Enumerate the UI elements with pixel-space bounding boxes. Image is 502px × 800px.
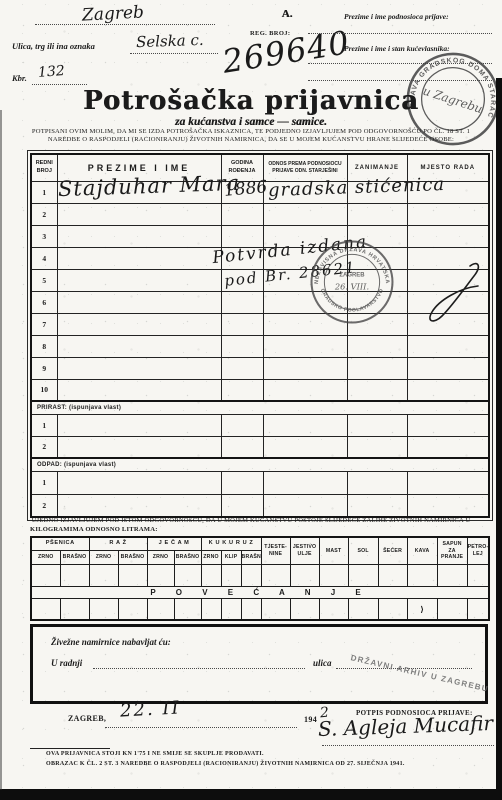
purchase-line: Živežne namirnice nabavljat ću: bbox=[51, 637, 171, 647]
table-row: 1 bbox=[31, 471, 489, 494]
price-note: OVA PRIJAVNICA STOJI KN 1'75 I NE SMIJE … bbox=[46, 751, 264, 757]
odpad-section-label: ODPAD: (ispunjava vlast) bbox=[31, 458, 489, 471]
table-row: 2 bbox=[31, 436, 489, 458]
street-line bbox=[130, 52, 218, 54]
prirast-section-label: PRIRAST: (ispunjava vlast) bbox=[31, 401, 489, 414]
street-label: Ulica, trg ili ina oznaka bbox=[12, 41, 95, 51]
sub-brasno: BRAŠNO bbox=[60, 550, 89, 564]
owner-line-1 bbox=[308, 62, 492, 64]
handwritten-signature: S. Agleja Mucafir bbox=[318, 711, 494, 741]
regulation-note: OBRAZAC K ČL. 2 ST. 3 NAREDBE O RASPODJE… bbox=[46, 761, 405, 767]
provisions-intro-1: UJEDNO IZJAVLJUJEM POD ISTOM ODGOVORNOŠĆ… bbox=[0, 517, 502, 524]
form-title: Potrošačka prijavnica bbox=[0, 86, 502, 116]
table-row: 8 bbox=[31, 335, 489, 357]
handwritten-house-number: 132 bbox=[37, 63, 65, 81]
col-mast: MAST bbox=[319, 537, 348, 564]
sub-zrno: ZRNO bbox=[89, 550, 118, 564]
col-tjestenine: TJESTE- NINE bbox=[261, 537, 290, 564]
col-kava: KAVA bbox=[407, 537, 437, 564]
kbr-line bbox=[32, 83, 87, 85]
footnote-rule bbox=[30, 748, 110, 749]
group-psenica: PŠENICA bbox=[31, 537, 89, 550]
household-table-frame: REDNI BROJ PREZIME I IME GODINA ROĐENJA … bbox=[27, 150, 493, 521]
year-printed: 194 bbox=[304, 715, 317, 724]
shop-label: U radnji bbox=[51, 658, 82, 668]
street-label-2: ulica bbox=[313, 658, 332, 668]
scan-edge-bottom bbox=[0, 789, 502, 800]
date-line bbox=[105, 726, 297, 728]
handwritten-date: 22. II bbox=[119, 697, 181, 721]
sub-klip: KLIP bbox=[221, 550, 241, 564]
col-header-redni-broj: REDNI BROJ bbox=[31, 154, 57, 181]
group-jecam: J E Č A M bbox=[147, 537, 201, 550]
sub-zrno: ZRNO bbox=[201, 550, 221, 564]
provisions-empty-row: ⟩ bbox=[31, 598, 489, 620]
sub-brasno: BRAŠNO bbox=[241, 550, 261, 564]
scan-edge-right bbox=[496, 78, 502, 789]
group-kukuruz: K U K U R U Z bbox=[201, 537, 261, 550]
table-row: 2 bbox=[31, 494, 489, 517]
household-table: REDNI BROJ PREZIME I IME GODINA ROĐENJA … bbox=[30, 153, 490, 518]
scanned-form-page: Zagreb Ulica, trg ili ina oznaka Selska … bbox=[0, 0, 502, 800]
signature-line bbox=[322, 744, 494, 746]
intro-line-2: NAREDBE O RASPODJELI (RACIONIRANJU) ŽIVO… bbox=[0, 136, 502, 143]
owner-line-2 bbox=[308, 79, 492, 81]
provisions-empty-row bbox=[31, 564, 489, 586]
intro-line-1: POTPISANI OVIM MOLIM, DA MI SE IZDA POTR… bbox=[0, 128, 502, 135]
sub-zrno: ZRNO bbox=[31, 550, 60, 564]
kbr-label: Kbr. bbox=[12, 73, 27, 83]
scan-edge-left bbox=[0, 110, 2, 790]
group-raz: R A Ž bbox=[89, 537, 147, 550]
applicant-name-label: Prezime i ime podnosioca prijave: bbox=[344, 12, 449, 21]
applicant-line bbox=[308, 32, 492, 34]
provisions-table: PŠENICA R A Ž J E Č A M K U K U R U Z TJ… bbox=[30, 536, 490, 621]
provisions-intro-2: KILOGRAMIMA ODNOSNO LITRAMA: bbox=[30, 526, 158, 533]
table-row: 1 bbox=[31, 414, 489, 436]
form-subtitle: za kućanstva i samce — samice. bbox=[0, 116, 502, 128]
table-row: 10 bbox=[31, 379, 489, 401]
col-petrolej: PETRO- LEJ bbox=[467, 537, 489, 564]
ink-mark: ⟩ bbox=[407, 598, 437, 620]
col-secer: ŠEĆER bbox=[378, 537, 407, 564]
table-row: 9 bbox=[31, 357, 489, 379]
shop-line bbox=[93, 667, 305, 669]
signature-flourish bbox=[412, 258, 487, 333]
handwritten-street: Selska c. bbox=[136, 31, 204, 51]
house-owner-label: Prezime i ime i stan kućevlasnika: bbox=[344, 44, 450, 53]
table-row: 2 bbox=[31, 203, 489, 225]
sub-zrno: ZRNO bbox=[147, 550, 174, 564]
col-sol: SOL bbox=[348, 537, 378, 564]
handwritten-birth-year: 1886 bbox=[223, 177, 268, 201]
purchase-box: Živežne namirnice nabavljat ću: U radnji… bbox=[30, 624, 488, 704]
place-label: ZAGREB, bbox=[68, 714, 106, 723]
section-letter: A. bbox=[272, 8, 302, 20]
archive-stamp: DRŽAVNI ARHIV U ZAGREBU bbox=[350, 653, 490, 694]
col-sapun: SAPUN ZA PRANJE bbox=[437, 537, 467, 564]
increase-band: P O V E Ć A N J E bbox=[31, 586, 489, 598]
sub-brasno: BRAŠNO bbox=[118, 550, 147, 564]
city-line bbox=[35, 23, 215, 25]
col-jestivo-ulje: JESTIVO ULJE bbox=[290, 537, 319, 564]
sub-brasno: BRAŠNO bbox=[174, 550, 201, 564]
